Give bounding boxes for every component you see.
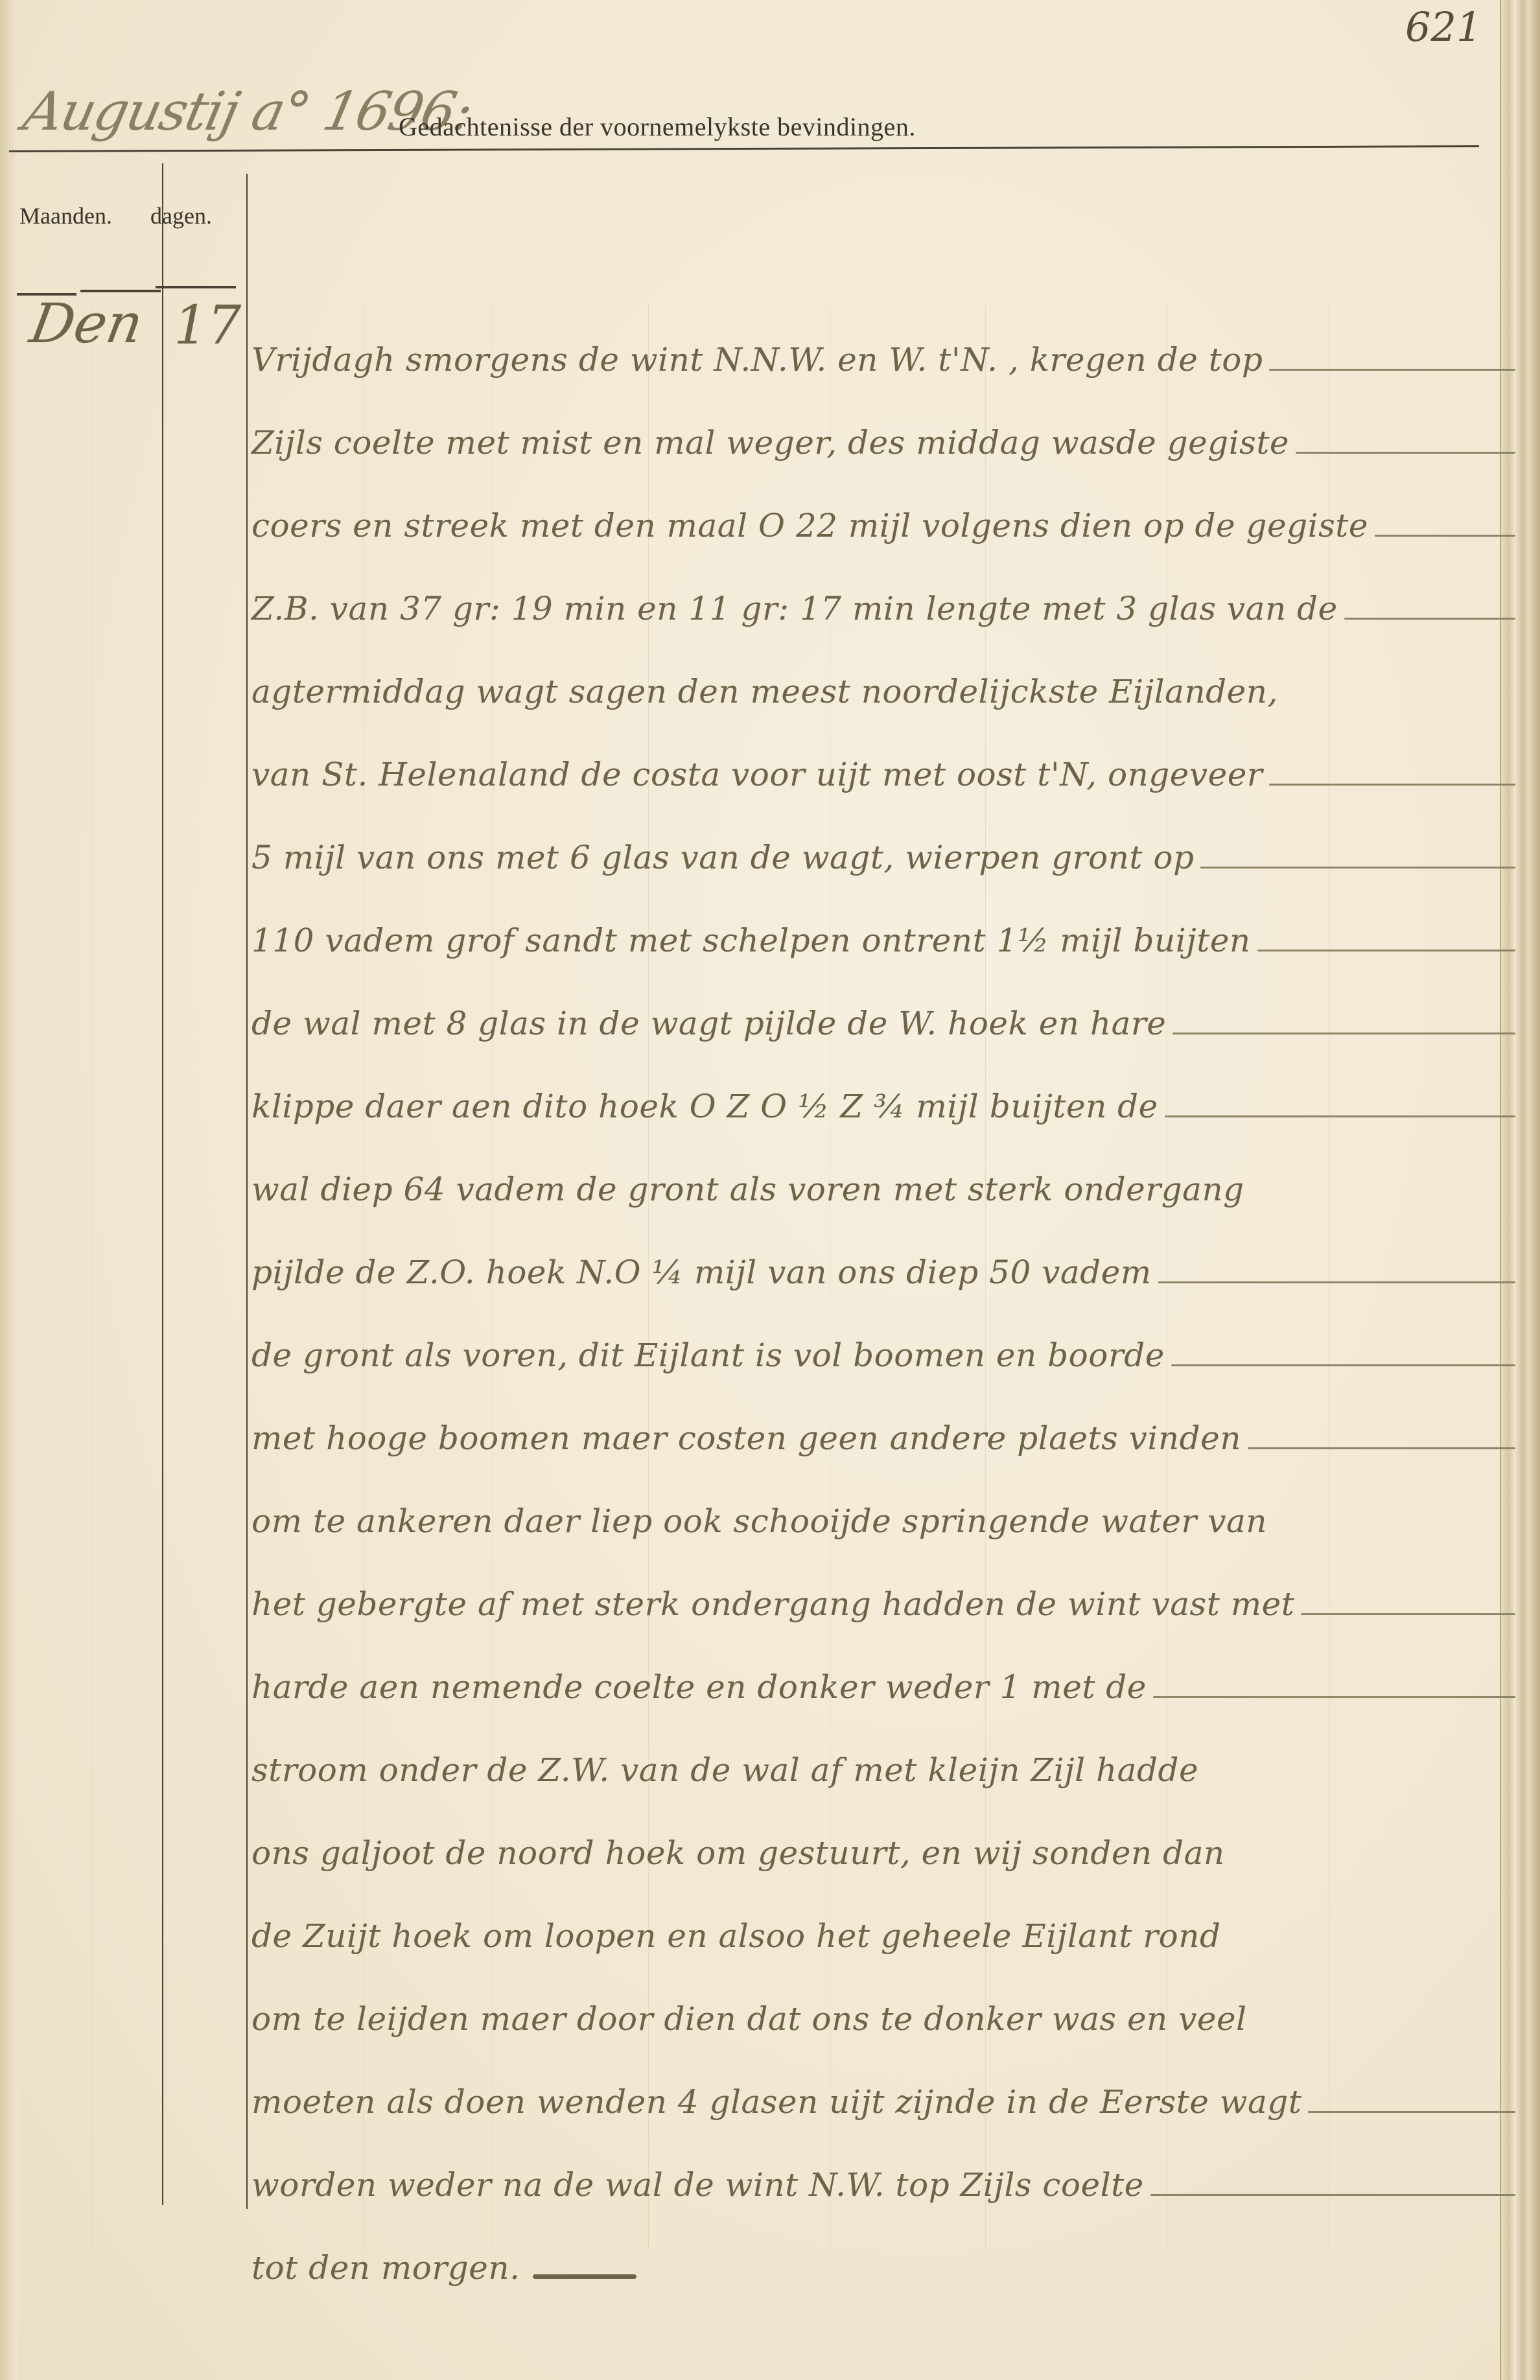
line-filler-dash: [1200, 867, 1515, 869]
entry-line: ons galjoot de noord hoek om gestuurt, e…: [251, 1803, 1515, 1886]
column-header-months: Maanden.: [19, 202, 112, 229]
entry-line-text: tot den morgen.: [251, 2249, 520, 2287]
line-filler-dash: [1248, 1447, 1515, 1449]
entry-line-text: de gront als voren, dit Eijlant is vol b…: [251, 1336, 1165, 1374]
entry-line-text: harde aen nemende coelte en donker weder…: [251, 1668, 1147, 1706]
entry-line-text: wal diep 64 vadem de gront als voren met…: [251, 1171, 1244, 1208]
line-filler-dash: [1301, 1613, 1515, 1615]
entry-line: pijlde de Z.O. hoek N.O ¼ mijl van ons d…: [251, 1222, 1515, 1305]
book-binding-left: [0, 0, 18, 2380]
entry-line: om te ankeren daer liep ook schooijde sp…: [251, 1471, 1515, 1554]
entry-line-text: het gebergte af met sterk ondergang hadd…: [251, 1585, 1294, 1623]
line-filler-dash: [1296, 452, 1515, 454]
entry-line: met hooge boomen maer costen geen andere…: [251, 1388, 1515, 1471]
entry-month: Den: [25, 292, 147, 355]
line-filler-dash: [1257, 950, 1515, 951]
entry-line: coers en streek met den maal O 22 mijl v…: [251, 476, 1515, 559]
entry-line: stroom onder de Z.W. van de wal af met k…: [251, 1720, 1515, 1803]
entry-line: Vrijdagh smorgens de wint N.N.W. en W. t…: [251, 310, 1515, 393]
column-divider-months: [162, 163, 163, 2205]
column-header-days: dagen.: [150, 202, 212, 229]
entry-line: om te leijden maer door dien dat ons te …: [251, 1969, 1515, 2052]
entry-line: klippe daer aen dito hoek O Z O ½ Z ¾ mi…: [251, 1056, 1515, 1139]
entry-line: worden weder na de wal de wint N.W. top …: [251, 2135, 1515, 2218]
entry-line: de wal met 8 glas in de wagt pijlde de W…: [251, 974, 1515, 1056]
line-filler-dash: [1269, 784, 1515, 786]
entry-line-text: 110 vadem grof sandt met schelpen ontren…: [251, 922, 1251, 959]
paper-ruling-line: [91, 305, 91, 2249]
line-filler-dash: [1269, 369, 1515, 371]
entry-line-text: Z.B. van 37 gr: 19 min en 11 gr: 17 min …: [251, 590, 1338, 627]
entry-line: Z.B. van 37 gr: 19 min en 11 gr: 17 min …: [251, 559, 1515, 642]
entry-line-text: klippe daer aen dito hoek O Z O ½ Z ¾ mi…: [251, 1088, 1158, 1125]
entry-line-text: Zijls coelte met mist en mal weger, des …: [251, 424, 1289, 461]
line-filler-dash: [1308, 2111, 1515, 2113]
entry-line-text: met hooge boomen maer costen geen andere…: [251, 1419, 1241, 1457]
entry-line: harde aen nemende coelte en donker weder…: [251, 1637, 1515, 1720]
manuscript-page: Augustij a° 1696: Gedachtenisse der voor…: [0, 0, 1540, 2380]
entry-line: tot den morgen.: [251, 2218, 1515, 2301]
line-filler-dash: [1344, 618, 1515, 620]
entry-line-text: moeten als doen wenden 4 glasen uijt zij…: [251, 2083, 1301, 2121]
line-filler-dash: [1153, 1696, 1515, 1698]
column-rule: [156, 286, 236, 288]
entry-day: 17: [174, 295, 241, 356]
column-divider-days: [246, 174, 248, 2209]
entry-line-text: van St. Helenaland de costa voor uijt me…: [251, 756, 1263, 793]
page-number: 621: [1405, 3, 1482, 51]
end-flourish: [533, 2274, 636, 2279]
entry-line-text: pijlde de Z.O. hoek N.O ¼ mijl van ons d…: [251, 1254, 1152, 1291]
entry-line: agtermiddag wagt sagen den meest noordel…: [251, 642, 1515, 725]
header-rule: [9, 145, 1479, 152]
journal-entry-text: Vrijdagh smorgens de wint N.N.W. en W. t…: [251, 310, 1515, 2301]
entry-line-text: Vrijdagh smorgens de wint N.N.W. en W. t…: [251, 341, 1263, 379]
entry-line-text: ons galjoot de noord hoek om gestuurt, e…: [251, 1834, 1225, 1872]
line-filler-dash: [1150, 2194, 1515, 2196]
entry-line-text: om te ankeren daer liep ook schooijde sp…: [251, 1502, 1267, 1540]
entry-line-text: de Zuijt hoek om loopen en alsoo het geh…: [251, 1917, 1220, 1955]
entry-line-text: agtermiddag wagt sagen den meest noordel…: [251, 673, 1278, 710]
entry-line: de Zuijt hoek om loopen en alsoo het geh…: [251, 1886, 1515, 1969]
line-filler-dash: [1172, 1032, 1515, 1034]
entry-line-text: coers en streek met den maal O 22 mijl v…: [251, 507, 1368, 544]
line-filler-dash: [1165, 1115, 1515, 1117]
page-title: Gedachtenisse der voornemelykste bevindi…: [399, 111, 916, 142]
entry-line: 110 vadem grof sandt met schelpen ontren…: [251, 891, 1515, 974]
entry-line-text: 5 mijl van ons met 6 glas van de wagt, w…: [251, 839, 1194, 876]
entry-line: moeten als doen wenden 4 glasen uijt zij…: [251, 2052, 1515, 2135]
entry-line: van St. Helenaland de costa voor uijt me…: [251, 725, 1515, 808]
entry-line-text: om te leijden maer door dien dat ons te …: [251, 2000, 1247, 2038]
entry-line-text: de wal met 8 glas in de wagt pijlde de W…: [251, 1005, 1166, 1042]
line-filler-dash: [1375, 535, 1515, 537]
entry-line: wal diep 64 vadem de gront als voren met…: [251, 1139, 1515, 1222]
line-filler-dash: [1171, 1364, 1515, 1366]
entry-line: 5 mijl van ons met 6 glas van de wagt, w…: [251, 808, 1515, 891]
entry-line-text: stroom onder de Z.W. van de wal af met k…: [251, 1751, 1198, 1789]
entry-line: het gebergte af met sterk ondergang hadd…: [251, 1554, 1515, 1637]
line-filler-dash: [1158, 1281, 1515, 1283]
entry-line: de gront als voren, dit Eijlant is vol b…: [251, 1305, 1515, 1388]
entry-line-text: worden weder na de wal de wint N.W. top …: [251, 2166, 1144, 2204]
entry-line: Zijls coelte met mist en mal weger, des …: [251, 393, 1515, 476]
